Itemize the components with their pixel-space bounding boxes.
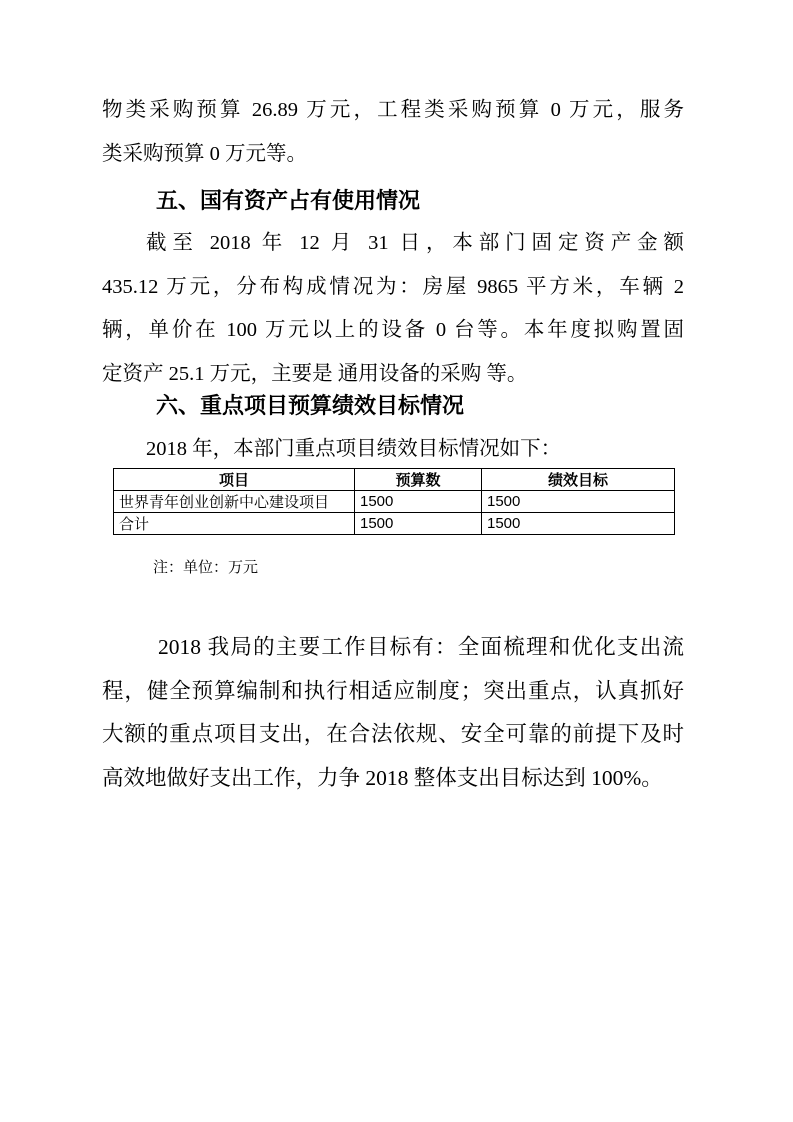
target-cell: 1500 — [482, 491, 675, 513]
project-name-cell: 合计 — [114, 513, 355, 535]
section6-intro: 2018 年，本部门重点项目绩效目标情况如下： — [102, 428, 684, 472]
budget-cell: 1500 — [355, 513, 482, 535]
table-row: 合计 1500 1500 — [114, 513, 675, 535]
section5-paragraph: 截至 2018 年 12 月 31 日，本部门固定资产金额 435.12 万元，… — [102, 222, 684, 396]
target-cell: 1500 — [482, 513, 675, 535]
text-line: 程，健全预算编制和执行相适应制度；突出重点，认真抓好 — [102, 670, 684, 714]
budget-cell: 1500 — [355, 491, 482, 513]
project-name-cell: 世界青年创业创新中心建设项目 — [114, 491, 355, 513]
header-cell-project: 项目 — [114, 469, 355, 491]
text-line: 2018 年，本部门重点项目绩效目标情况如下： — [102, 428, 684, 472]
performance-table: 项目 预算数 绩效目标 世界青年创业创新中心建设项目 1500 1500 合计 … — [113, 468, 675, 535]
text-line: 大额的重点项目支出，在合法依规、安全可靠的前提下及时 — [102, 713, 684, 757]
table-row: 世界青年创业创新中心建设项目 1500 1500 — [114, 491, 675, 513]
text-line: 物类采购预算 26.89 万元，工程类采购预算 0 万元，服务 — [102, 89, 684, 133]
section5-heading: 五、国有资产占有使用情况 — [102, 179, 684, 223]
header-cell-target: 绩效目标 — [482, 469, 675, 491]
section6-heading: 六、重点项目预算绩效目标情况 — [102, 384, 684, 428]
text-line: 高效地做好支出工作，力争 2018 整体支出目标达到 100%。 — [102, 757, 684, 801]
text-line: 类采购预算 0 万元等。 — [102, 133, 684, 177]
closing-paragraph: 2018 我局的主要工作目标有：全面梳理和优化支出流 程，健全预算编制和执行相适… — [102, 626, 684, 800]
table-header-row: 项目 预算数 绩效目标 — [114, 469, 675, 491]
header-cell-budget: 预算数 — [355, 469, 482, 491]
text-line: 2018 我局的主要工作目标有：全面梳理和优化支出流 — [102, 626, 684, 670]
text-line: 截至 2018 年 12 月 31 日，本部门固定资产金额 — [102, 222, 684, 266]
text-line: 435.12 万元，分布构成情况为：房屋 9865 平方米，车辆 2 — [102, 266, 684, 310]
table-note: 注：单位：万元 — [153, 558, 258, 578]
paragraph-procurement-continued: 物类采购预算 26.89 万元，工程类采购预算 0 万元，服务 类采购预算 0 … — [102, 89, 684, 176]
document-page: 物类采购预算 26.89 万元，工程类采购预算 0 万元，服务 类采购预算 0 … — [0, 0, 793, 1122]
text-line: 辆，单价在 100 万元以上的设备 0 台等。本年度拟购置固 — [102, 309, 684, 353]
